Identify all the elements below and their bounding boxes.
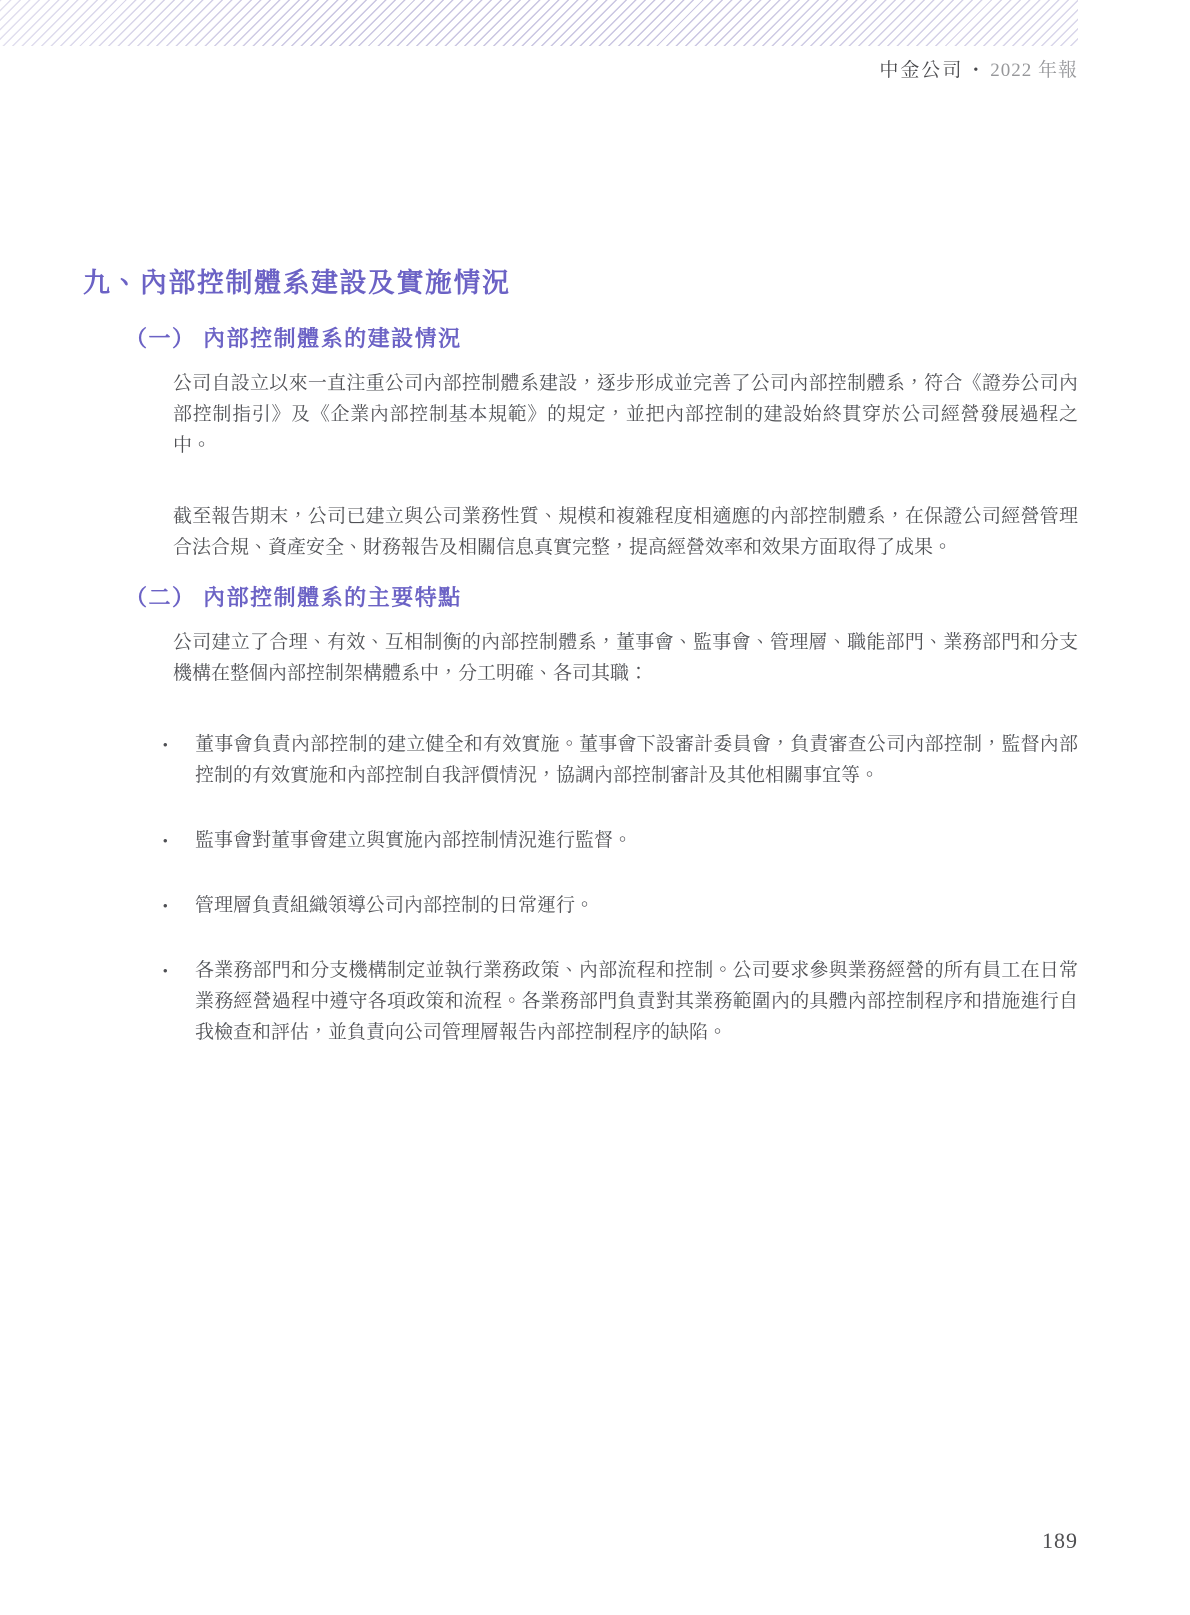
list-item: • 監事會對董事會建立與實施內部控制情況進行監督。: [163, 825, 1078, 856]
paragraph: 截至報告期末，公司已建立與公司業務性質、規模和複雜程度相適應的內部控制體系，在保…: [173, 501, 1078, 563]
bullet-dot-icon: •: [163, 825, 195, 856]
bullet-text: 董事會負責內部控制的建立健全和有效實施。董事會下設審計委員會，負責審查公司內部控…: [195, 729, 1078, 791]
section-title: 九、內部控制體系建設及實施情況: [83, 266, 1078, 300]
edition-label: 2022 年報: [990, 60, 1078, 81]
list-item: • 董事會負責內部控制的建立健全和有效實施。董事會下設審計委員會，負責審查公司內…: [163, 729, 1078, 791]
company-name: 中金公司: [879, 60, 963, 81]
bullet-text: 管理層負責組織領導公司內部控制的日常運行。: [195, 890, 1078, 921]
paragraph: 公司建立了合理、有效、互相制衡的內部控制體系，董事會、監事會、管理層、職能部門、…: [173, 627, 1078, 689]
paragraph: 公司自設立以來一直注重公司內部控制體系建設，逐步形成並完善了公司內部控制體系，符…: [173, 368, 1078, 461]
running-header: 中金公司•2022 年報: [879, 60, 1078, 82]
bullet-dot-icon: •: [163, 955, 195, 1048]
page-number: 189: [1042, 1528, 1078, 1554]
hatch-banner: [0, 0, 1078, 46]
bullet-dot-icon: •: [163, 729, 195, 791]
bullet-text: 監事會對董事會建立與實施內部控制情況進行監督。: [195, 825, 1078, 856]
separator-dot-icon: •: [973, 60, 978, 82]
subsection-1-heading: （一） 內部控制體系的建設情況: [125, 324, 1078, 354]
bullet-list: • 董事會負責內部控制的建立健全和有效實施。董事會下設審計委員會，負責審查公司內…: [83, 729, 1078, 1048]
bullet-dot-icon: •: [163, 890, 195, 921]
subsection-2-heading: （二） 內部控制體系的主要特點: [125, 583, 1078, 613]
list-item: • 各業務部門和分支機構制定並執行業務政策、內部流程和控制。公司要求參與業務經營…: [163, 955, 1078, 1048]
report-page: 中金公司•2022 年報 九、內部控制體系建設及實施情況 （一） 內部控制體系的…: [0, 0, 1190, 1615]
document-body: 九、內部控制體系建設及實施情況 （一） 內部控制體系的建設情況 公司自設立以來一…: [83, 266, 1078, 1048]
list-item: • 管理層負責組織領導公司內部控制的日常運行。: [163, 890, 1078, 921]
bullet-text: 各業務部門和分支機構制定並執行業務政策、內部流程和控制。公司要求參與業務經營的所…: [195, 955, 1078, 1048]
